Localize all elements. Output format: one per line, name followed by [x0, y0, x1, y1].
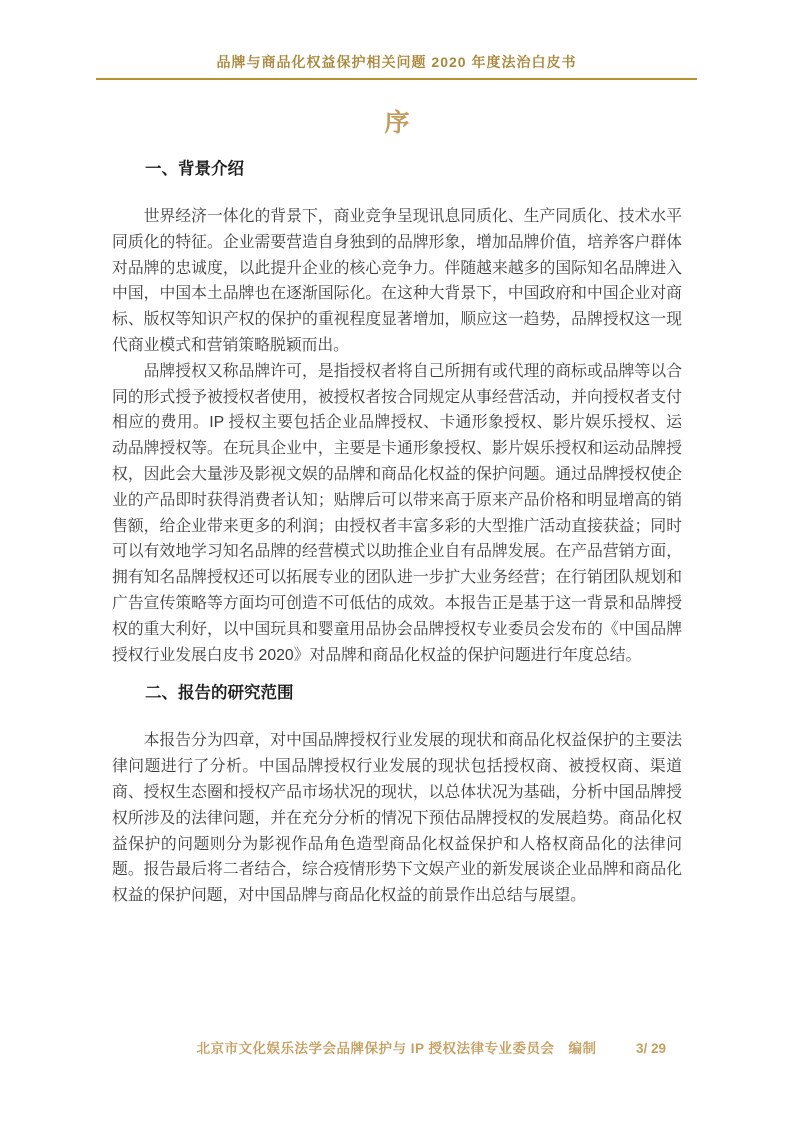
section-heading-background: 一、背景介绍: [145, 158, 682, 180]
section-heading-research-scope: 二、报告的研究范围: [145, 682, 682, 704]
paragraph: 世界经济一体化的背景下，商业竞争呈现讯息同质化、生产同质化、技术水平同质化的特征…: [112, 204, 682, 359]
running-header: 品牌与商品化权益保护相关问题 2020 年度法治白皮书: [96, 52, 697, 80]
paragraph: 品牌授权又称品牌许可，是指授权者将自己所拥有或代理的商标或品牌等以合同的形式授予…: [112, 359, 682, 669]
page-number: 3/ 29: [636, 1040, 666, 1058]
footer-text: 北京市文化娱乐法学会品牌保护与 IP 授权法律专业委员会 编制: [0, 1040, 793, 1058]
page-content: 序 一、背景介绍 世界经济一体化的背景下，商业竞争呈现讯息同质化、生产同质化、技…: [112, 104, 682, 909]
document-page: 品牌与商品化权益保护相关问题 2020 年度法治白皮书 序 一、背景介绍 世界经…: [0, 0, 793, 1122]
paragraph: 本报告分为四章，对中国品牌授权行业发展的现状和商品化权益保护的主要法律问题进行了…: [112, 728, 682, 909]
page-title: 序: [112, 104, 682, 142]
